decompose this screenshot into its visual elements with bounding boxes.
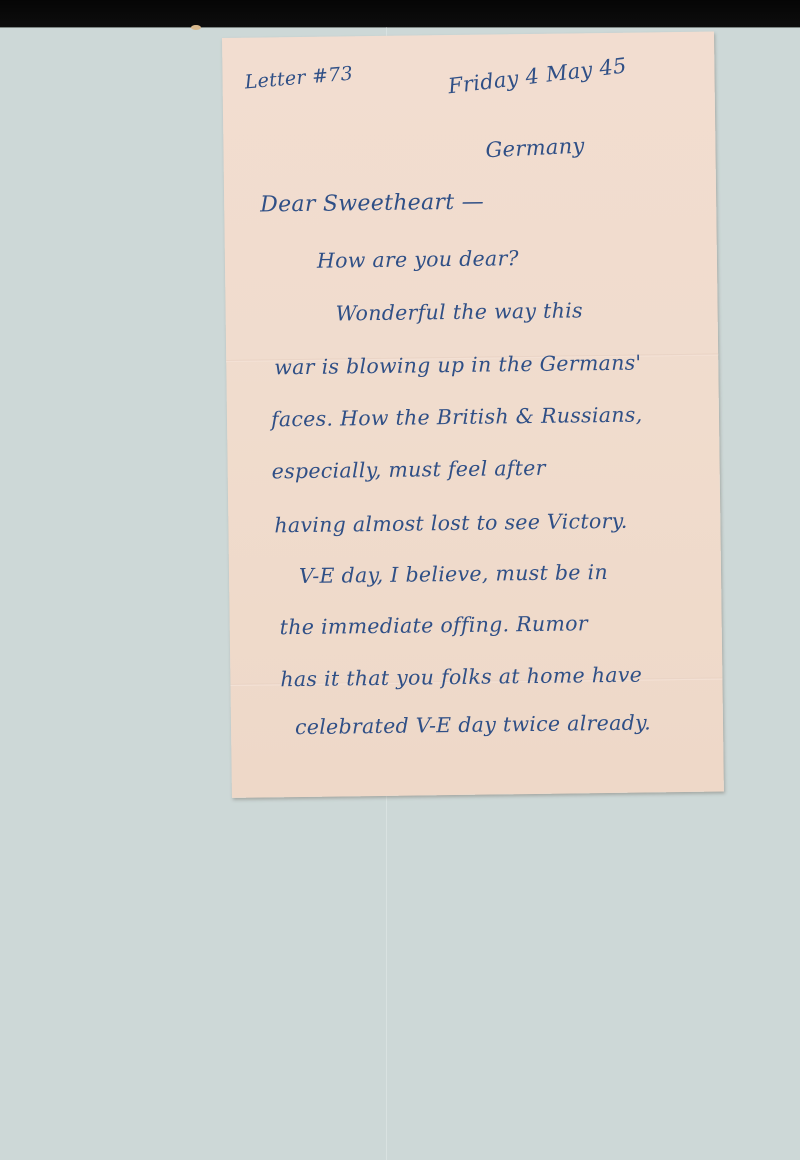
letter-location: Germany (485, 134, 585, 163)
scanner-lid-edge (0, 0, 800, 28)
body-line: especially, must feel after (272, 456, 546, 484)
body-line: V-E day, I believe, must be in (299, 560, 608, 588)
body-line: celebrated V-E day twice already. (295, 710, 651, 739)
body-line: How are you dear? (317, 246, 519, 273)
salutation: Dear Sweetheart — (260, 190, 484, 218)
body-line: having almost lost to see Victory. (274, 509, 628, 538)
body-line: the immediate offing. Rumor (280, 611, 588, 639)
dust-speck (191, 25, 201, 30)
body-line: faces. How the British & Russians, (271, 403, 643, 432)
body-line: has it that you folks at home have (280, 663, 642, 692)
body-line: Wonderful the way this (335, 298, 583, 325)
letter-number: Letter #73 (244, 63, 354, 94)
body-line: war is blowing up in the Germans' (274, 351, 641, 380)
letter-date: Friday 4 May 45 (447, 53, 628, 98)
letter-page: Letter #73 Friday 4 May 45 Germany Dear … (222, 32, 724, 798)
